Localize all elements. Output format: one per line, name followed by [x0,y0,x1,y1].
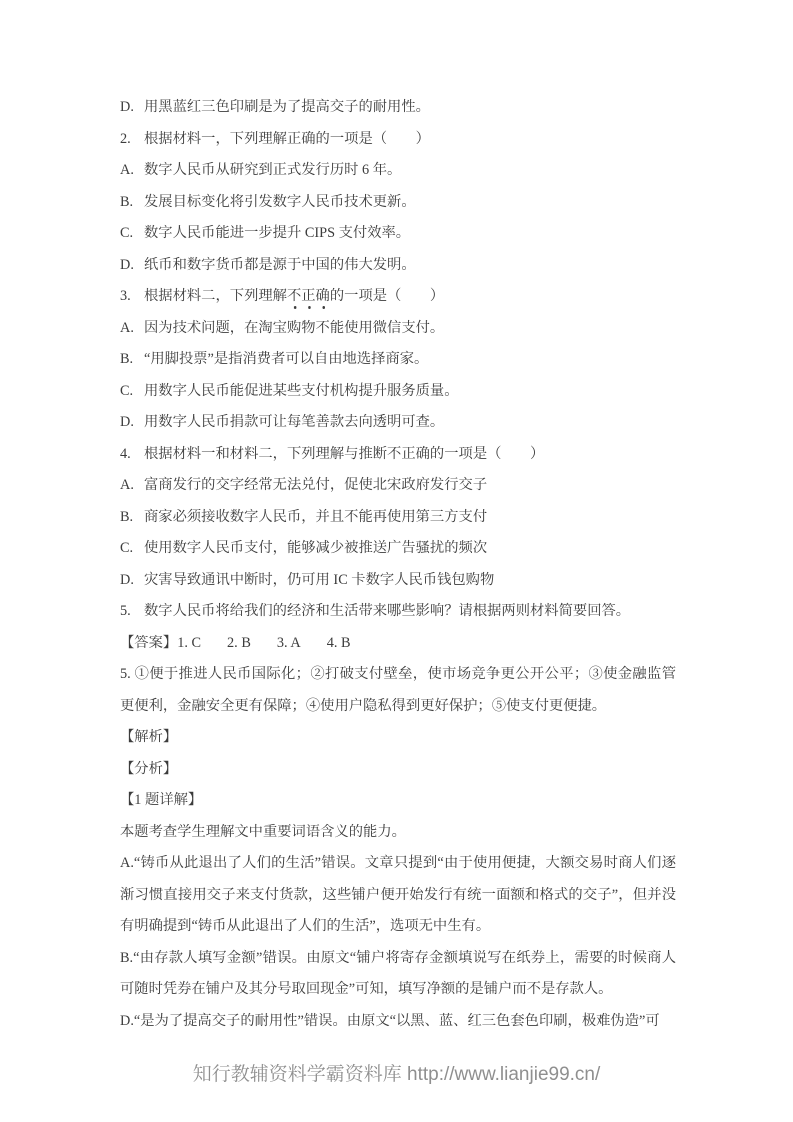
option-line-2c: C.数字人民币能进一步提升 CIPS 支付效率。 [120,218,676,250]
question-text: 根据材料一，下列理解正确的一项是（ ） [144,131,430,147]
exam-answer-page-content: D.用黑蓝红三色印刷是为了提高交子的耐用性。 2.根据材料一，下列理解正确的一项… [120,92,676,1037]
question-text: 根据材料一和材料二，下列理解与推断不正确的一项是（ ） [144,446,544,462]
option-line-3b: B.“用脚投票”是指消费者可以自由地选择商家。 [120,344,676,376]
option-line-4d: D.灾害导致通讯中断时，仍可用 IC 卡数字人民币钱包购物 [120,565,676,597]
answer-item-2: 2. B [227,635,251,651]
option-line-4a: A.富商发行的交字经常无法兑付，促使北宋政府发行交子 [120,470,676,502]
option-label: B. [120,187,144,219]
option-text: 用数字人民币能促进某些支付机构提升服务质量。 [144,383,459,399]
option-text: 灾害导致通讯中断时，仍可用 IC 卡数字人民币钱包购物 [144,572,494,588]
analysis-option-b: B.“由存款人填写金额”错误。由原文“铺户将寄存金额填说写在纸券上，需要的时候商… [120,943,676,1006]
analysis-option-d: D.“是为了提高交子的耐用性”错误。由原文“以黑、蓝、红三色套色印刷，极难伪造”… [120,1006,676,1038]
option-text: “用脚投票”是指消费者可以自由地选择商家。 [144,351,428,367]
option-text: 用数字人民币捐款可让每笔善款去向透明可查。 [144,414,444,430]
answer-item-4: 4. B [327,635,351,651]
section-label-jiexi: 【解析】 [120,722,676,754]
emphasized-text: 不正确 [287,288,330,310]
question-line-4: 4.根据材料一和材料二，下列理解与推断不正确的一项是（ ） [120,439,676,471]
footer-text: 知行教辅资料学霸资料库 http://www.lianjie99.cn/ [193,1064,601,1085]
section-label-q1-detail: 【1 题详解】 [120,785,676,817]
question-number: 2. [120,124,144,156]
option-text: 使用数字人民币支付，能够减少被推送广告骚扰的频次 [144,540,487,556]
option-label: D. [120,250,144,282]
option-label: C. [120,218,144,250]
option-text: 因为技术问题，在淘宝购物不能使用微信支付。 [144,320,444,336]
option-label: A. [120,155,144,187]
section-label-fenxi: 【分析】 [120,754,676,786]
option-label: B. [120,344,144,376]
question-number: 5. [120,596,144,628]
option-label: A. [120,470,144,502]
option-text: 数字人民币能进一步提升 CIPS 支付效率。 [144,225,410,241]
option-label: D. [120,565,144,597]
option-text: 纸币和数字货币都是源于中国的伟大发明。 [144,257,416,273]
question-number: 3. [120,281,144,313]
analysis-option-a: A.“铸币从此退出了人们的生活”错误。文章只提到“由于使用便捷，大额交易时商人们… [120,848,676,943]
option-line-4b: B.商家必须接收数字人民币，并且不能再使用第三方支付 [120,502,676,534]
question-text-post: 的一项是（ ） [330,288,444,304]
option-label: A. [120,313,144,345]
option-line-3a: A.因为技术问题，在淘宝购物不能使用微信支付。 [120,313,676,345]
option-line-3d: D.用数字人民币捐款可让每笔善款去向透明可查。 [120,407,676,439]
option-text: 商家必须接收数字人民币，并且不能再使用第三方支付 [144,509,487,525]
option-line-1d: D.用黑蓝红三色印刷是为了提高交子的耐用性。 [120,92,676,124]
option-text: 富商发行的交字经常无法兑付，促使北宋政府发行交子 [144,477,487,493]
answer-key-line: 【答案】1. C2. B3. A4. B [120,628,676,660]
option-label: B. [120,502,144,534]
option-line-2a: A.数字人民币从研究到正式发行历时 6 年。 [120,155,676,187]
option-text: 用黑蓝红三色印刷是为了提高交子的耐用性。 [144,99,430,115]
question-text: 数字人民币将给我们的经济和生活带来哪些影响？请根据两则材料简要回答。 [144,603,630,619]
option-label: C. [120,376,144,408]
question-line-2: 2.根据材料一，下列理解正确的一项是（ ） [120,124,676,156]
answer-key-header: 【答案】 [120,628,177,660]
question-line-3: 3.根据材料二，下列理解不正确的一项是（ ） [120,281,676,313]
option-label: D. [120,92,144,124]
option-label: C. [120,533,144,565]
footer-watermark: 知行教辅资料学霸资料库 http://www.lianjie99.cn/ [0,1060,793,1090]
option-line-3c: C.用数字人民币能促进某些支付机构提升服务质量。 [120,376,676,408]
question-text-pre: 根据材料二，下列理解 [144,288,287,304]
answer-item-3: 3. A [277,635,301,651]
option-line-4c: C.使用数字人民币支付，能够减少被推送广告骚扰的频次 [120,533,676,565]
option-text: 发展目标变化将引发数字人民币技术更新。 [144,194,416,210]
question-line-5: 5.数字人民币将给我们的经济和生活带来哪些影响？请根据两则材料简要回答。 [120,596,676,628]
answer-5-paragraph: 5. ①便于推进人民币国际化；②打破支付壁垒，使市场竞争更公开公平；③使金融监管… [120,659,676,722]
question-number: 4. [120,439,144,471]
analysis-intro: 本题考查学生理解文中重要词语含义的能力。 [120,817,676,849]
option-line-2d: D.纸币和数字货币都是源于中国的伟大发明。 [120,250,676,282]
option-label: D. [120,407,144,439]
option-text: 数字人民币从研究到正式发行历时 6 年。 [144,162,401,178]
answer-item-1: 1. C [177,635,201,651]
option-line-2b: B.发展目标变化将引发数字人民币技术更新。 [120,187,676,219]
